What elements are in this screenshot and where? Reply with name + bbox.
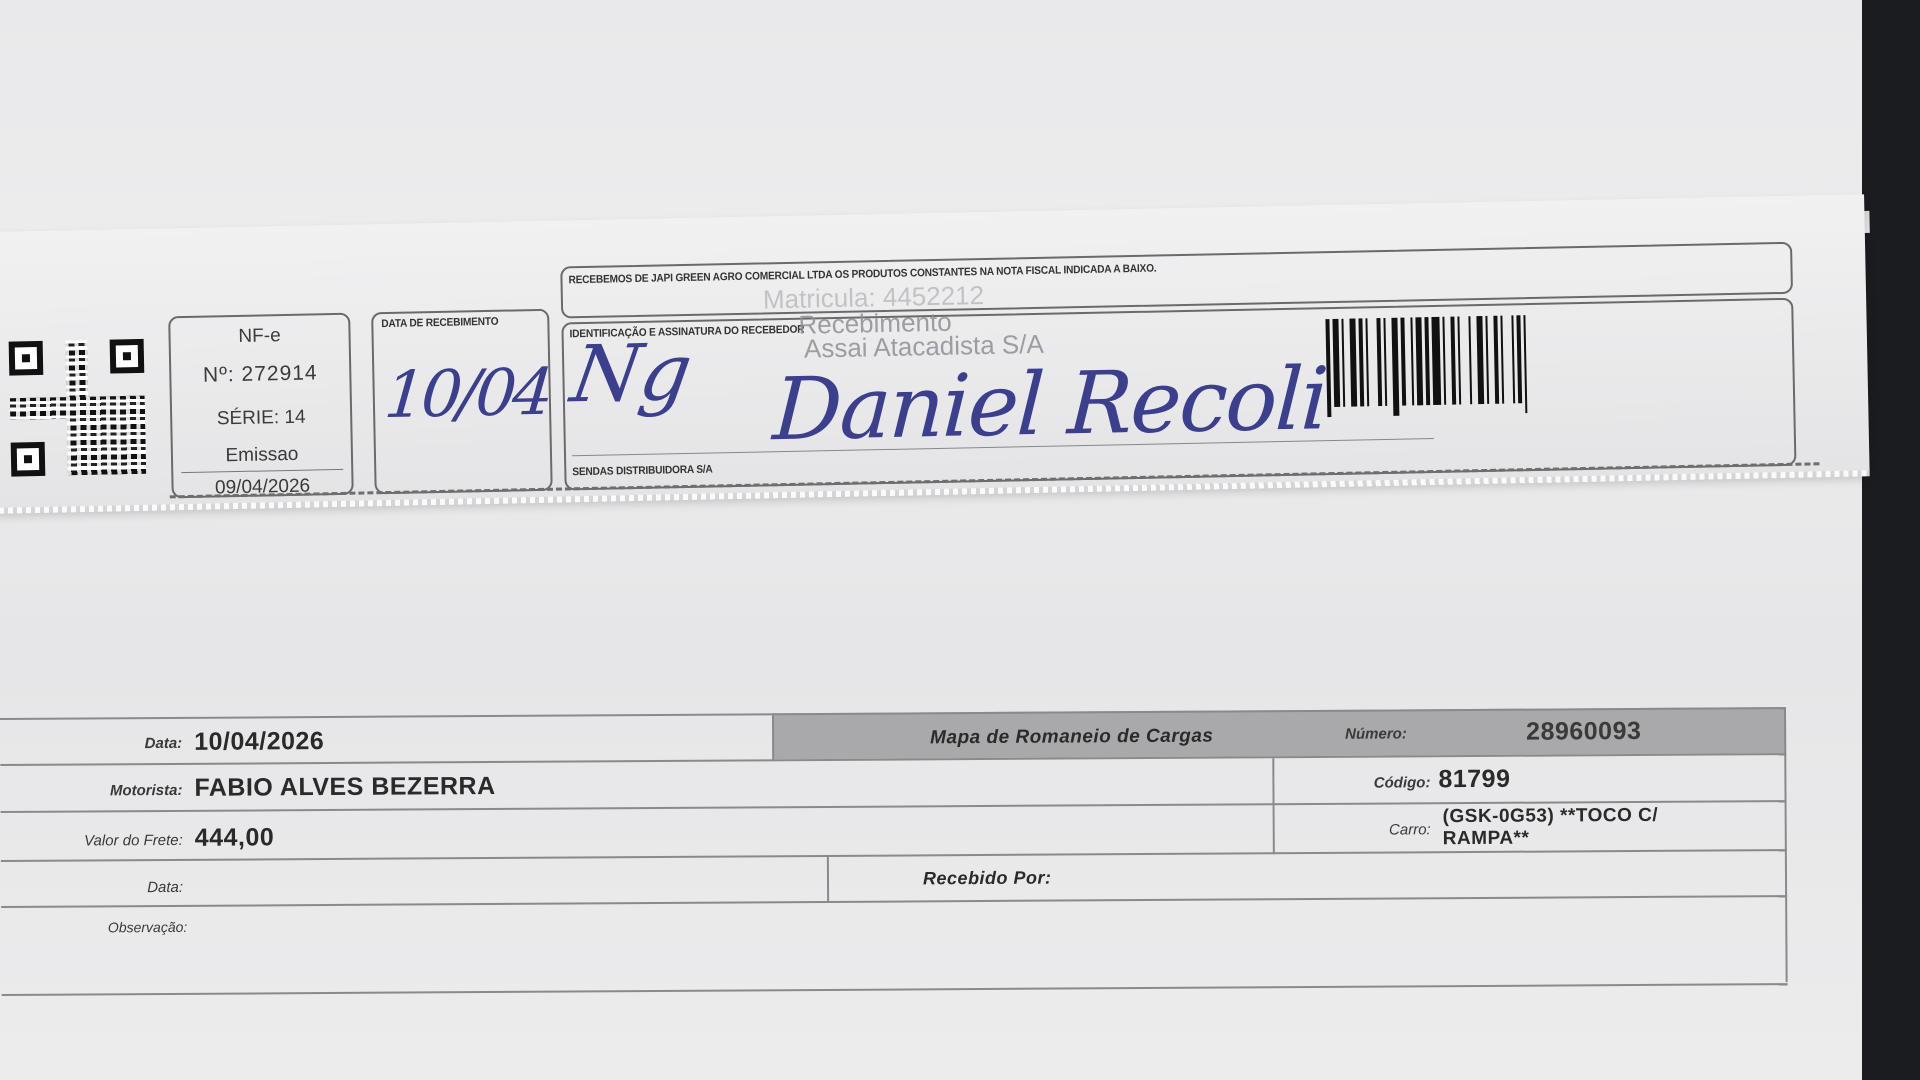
nfe-emissao-label: Emissao — [173, 444, 351, 467]
handwritten-date: 10/04 — [382, 356, 553, 433]
document-paper: NF-e Nº: 272914 SÉRIE: 14 Emissao 09/04/… — [0, 0, 1862, 1080]
codigo-value: 81799 — [1438, 765, 1510, 794]
data-label: Data: — [145, 735, 183, 752]
nfe-title: NF-e — [170, 325, 348, 348]
handwritten-signature: Daniel Recoli — [771, 349, 1329, 460]
frete-value: 444,00 — [195, 823, 275, 852]
barcode-icon — [1325, 311, 1747, 419]
carro-value: (GSK-0G53) **TOCO C/ RAMPA** — [1443, 805, 1659, 850]
romaneio-title: Mapa de Romaneio de Cargas — [930, 726, 1213, 750]
signature-box: IDENTIFICAÇÃO E ASSINATURA DO RECEBEDOR … — [561, 298, 1796, 491]
data2-label: Data: — [147, 879, 183, 896]
nfe-serie: SÉRIE: 14 — [172, 407, 350, 430]
nfe-receipt-stub: NF-e Nº: 272914 SÉRIE: 14 Emissao 09/04/… — [0, 194, 1870, 510]
codigo-label: Código: — [1374, 774, 1431, 791]
data-value: 10/04/2026 — [194, 727, 324, 757]
romaneio-table: Data: 10/04/2026 Mapa de Romaneio de Car… — [0, 707, 1788, 993]
recebido-label: Recebido Por: — [923, 868, 1052, 890]
carro-label: Carro: — [1389, 821, 1431, 838]
nfe-number: Nº: 272914 — [171, 362, 349, 387]
carro-value-line2: RAMPA** — [1443, 827, 1659, 850]
data-recebimento-box: DATA DE RECEBIMENTO 10/04 — [371, 309, 553, 495]
motorista-value: FABIO ALVES BEZERRA — [194, 772, 495, 803]
recipient-company: SENDAS DISTRIBUIDORA S/A — [572, 463, 712, 478]
data-recebimento-label: DATA DE RECEBIMENTO — [381, 316, 498, 330]
numero-value: 28960093 — [1526, 717, 1641, 747]
qr-code-icon — [9, 339, 147, 477]
numero-label: Número: — [1345, 725, 1407, 742]
frete-label: Valor do Frete: — [84, 832, 183, 850]
handwritten-initials: Ng — [565, 328, 697, 421]
carro-value-line1: (GSK-0G53) **TOCO C/ — [1443, 805, 1659, 828]
motorista-label: Motorista: — [110, 782, 183, 799]
observacao-label: Observação: — [108, 919, 187, 935]
nfe-info-box: NF-e Nº: 272914 SÉRIE: 14 Emissao 09/04/… — [168, 313, 354, 499]
row-observacao: Observação: — [1, 895, 1788, 996]
